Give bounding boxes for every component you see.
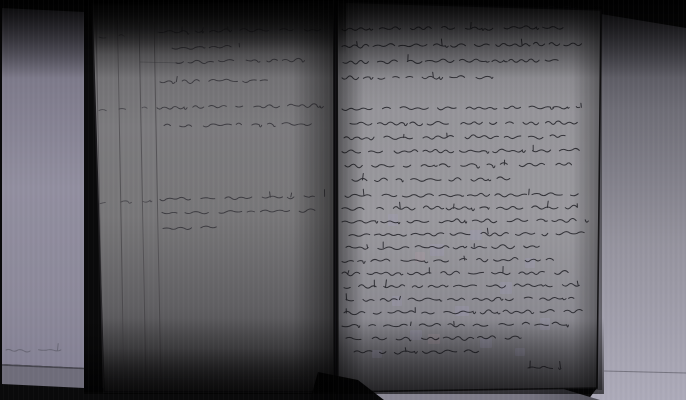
paper-texture	[0, 0, 686, 400]
ledger-photograph	[0, 0, 686, 400]
ledger-photo-canvas	[0, 0, 686, 400]
